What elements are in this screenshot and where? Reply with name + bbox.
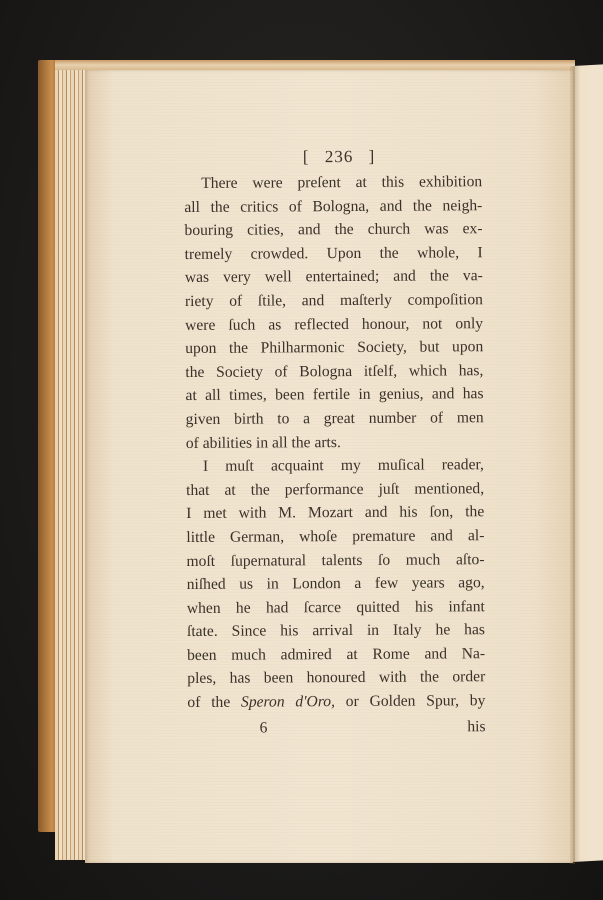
text-line: of abilities in all the arts. xyxy=(186,430,484,455)
text-line: moſt ſupernatural talents ſo much aſto- xyxy=(186,548,484,573)
text-line: all the critics of Bologna, and the neig… xyxy=(184,194,482,219)
text-line: the Society of Bologna itſelf, which has… xyxy=(185,359,483,384)
text-line: tremely crowded. Upon the whole, I xyxy=(185,241,483,266)
text-line: was very well entertained; and the va- xyxy=(185,265,483,290)
text-line: been much admired at Rome and Na- xyxy=(187,642,485,667)
text-line: given birth to a great number of men xyxy=(186,406,484,431)
text-line: were ſuch as reflected honour, not only xyxy=(185,312,483,337)
facing-page xyxy=(573,64,603,862)
text-line: little German, whoſe premature and al- xyxy=(186,524,484,549)
text-line: when he had ſcarce quitted his infant xyxy=(187,595,485,620)
paragraph-2: I muſt acquaint my muſical reader, that … xyxy=(186,453,486,714)
text-line: ples, has been honoured with the order xyxy=(187,666,485,691)
text-line: upon the Philharmonic Society, but upon xyxy=(185,335,483,360)
page-stack-top-edge xyxy=(55,60,575,70)
page-number: [ 236 ] xyxy=(190,146,488,172)
catchword: his xyxy=(467,715,485,739)
text-line: riety of ſtile, and maſterly compoſition xyxy=(185,288,483,313)
signature-mark: 6 xyxy=(259,716,267,740)
page-text: [ 236 ] There were preſent at this exhib… xyxy=(184,146,486,740)
text-line: I muſt acquaint my muſical reader, xyxy=(186,453,484,478)
text-line: There were preſent at this exhibition xyxy=(184,170,482,195)
text-line: at all times, been fertile in genius, an… xyxy=(185,383,483,408)
text-line: ſtate. Since his arrival in Italy he has xyxy=(187,618,485,643)
text-line: that at the performance juſt mentioned, xyxy=(186,477,484,502)
text-line: niſhed us in London a few years ago, xyxy=(187,571,485,596)
text-segment: or Golden Spur, by xyxy=(335,692,485,710)
text-segment: of the xyxy=(187,694,241,711)
text-line: I met with M. Mozart and his ſon, the xyxy=(186,500,484,525)
paragraph-1: There were preſent at this exhibition al… xyxy=(184,170,484,455)
text-line: bouring cities, and the church was ex- xyxy=(184,217,482,242)
text-line-mixed: of the Speron d'Oro, or Golden Spur, by xyxy=(187,689,485,714)
page-gutter xyxy=(570,66,575,864)
italic-title: Speron d'Oro, xyxy=(241,693,335,711)
page-footer: 6 his xyxy=(187,715,485,741)
